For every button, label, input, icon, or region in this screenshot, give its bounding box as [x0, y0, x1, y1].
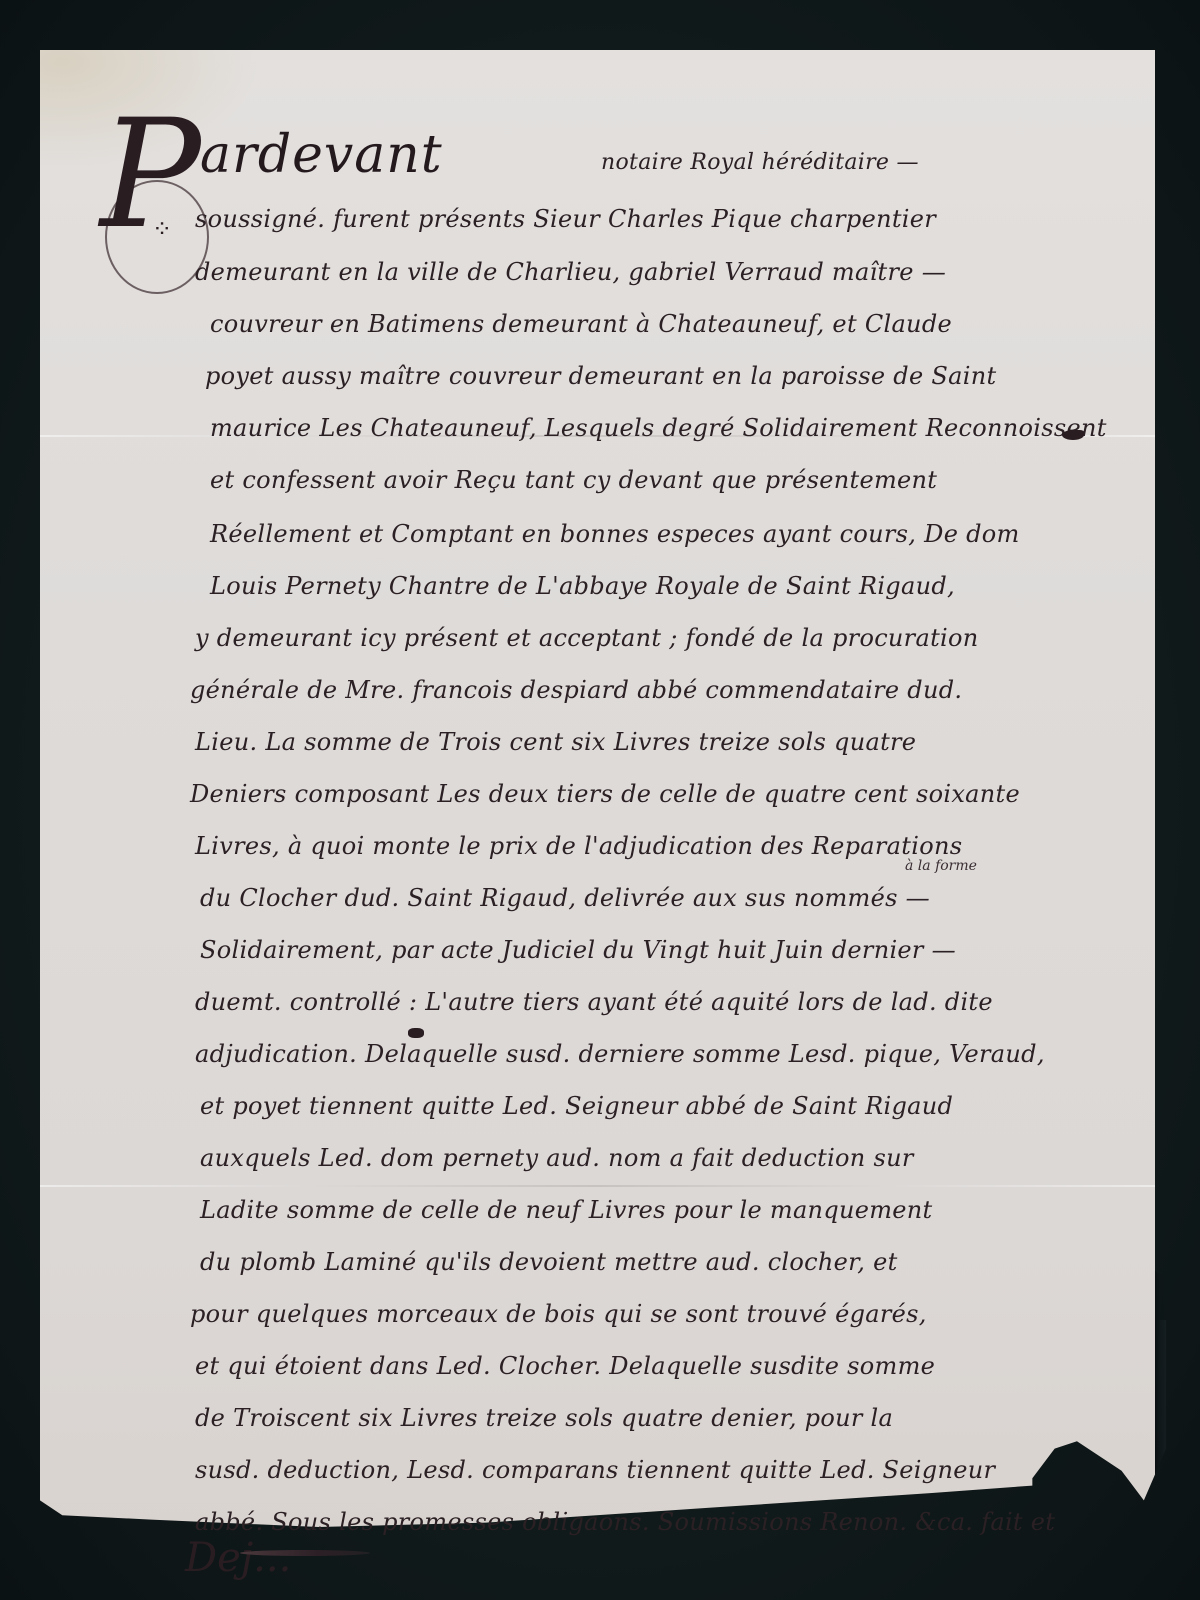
text-line: duemt. controllé : L'autre tiers ayant é… [195, 988, 993, 1016]
signature-flourish [240, 1550, 370, 1556]
text-line-1-tail: Pardevant le notaire Royal héréditaire — [600, 150, 1020, 175]
text-line: du plomb Laminé qu'ils devoient mettre a… [200, 1248, 898, 1276]
text-line: Ladite somme de celle de neuf Livres pou… [200, 1196, 933, 1224]
text-line: et qui étoient dans Led. Clocher. Delaqu… [195, 1352, 935, 1380]
text-line: générale de Mre. francois despiard abbé … [190, 676, 962, 704]
text-line: demeurant en la ville de Charlieu, gabri… [195, 258, 946, 286]
text-line: de Troiscent six Livres treize sols quat… [195, 1404, 893, 1432]
text-line: Livres, à quoi monte le prix de l'adjudi… [195, 832, 962, 860]
text-line: susd. deduction, Lesd. comparans tiennen… [195, 1456, 995, 1484]
text-line: abbé. Sous les promesses obligaons. Soum… [195, 1508, 1055, 1536]
text-line: y demeurant icy présent et acceptant ; f… [195, 624, 979, 652]
interlinear-insertion: à la forme [905, 858, 977, 874]
text-line: soussigné. furent présents Sieur Charles… [195, 205, 936, 233]
text-line: Louis Pernety Chantre de L'abbaye Royale… [210, 572, 955, 600]
text-line: auxquels Led. dom pernety aud. nom a fai… [200, 1144, 914, 1172]
text-line: Deniers composant Les deux tiers de cell… [190, 780, 1020, 808]
text-line: Solidairement, par acte Judiciel du Ving… [200, 936, 956, 964]
text-line: pour quelques morceaux de bois qui se so… [190, 1300, 927, 1328]
text-line: Pardevant le notaire Royal héréditaire — [600, 150, 919, 175]
text-line: poyet aussy maître couvreur demeurant en… [205, 362, 996, 390]
manuscript-body: Pardevant le notaire Royal héréditaire —… [0, 0, 1200, 1600]
text-line: et confessent avoir Reçu tant cy devant … [210, 466, 937, 494]
notary-signature: Dej... [185, 1535, 291, 1581]
ink-blot [1062, 430, 1084, 440]
text-line: Réellement et Comptant en bonnes especes… [210, 520, 1020, 548]
text-line: adjudication. Delaquelle susd. derniere … [195, 1040, 1045, 1068]
text-line: et poyet tiennent quitte Led. Seigneur a… [200, 1092, 953, 1120]
text-line: maurice Les Chateauneuf, Lesquels degré … [210, 414, 1107, 442]
ink-blot [408, 1028, 424, 1038]
text-line: du Clocher dud. Saint Rigaud, delivrée a… [200, 884, 930, 912]
text-line: Lieu. La somme de Trois cent six Livres … [195, 728, 916, 756]
text-line: couvreur en Batimens demeurant à Chateau… [210, 310, 952, 338]
